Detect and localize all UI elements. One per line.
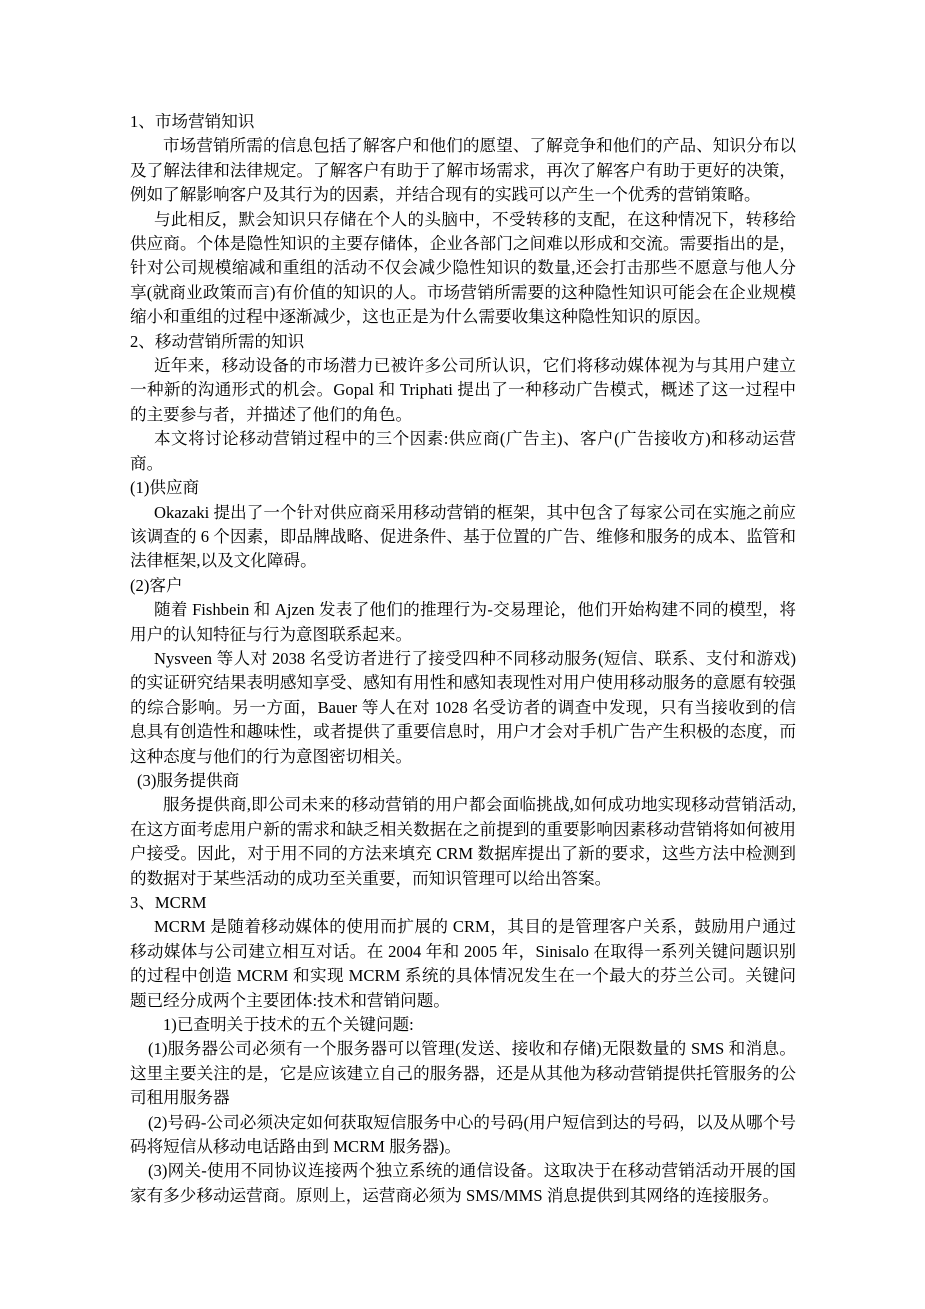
subsection-label: (3)服务提供商 (130, 769, 796, 793)
section-heading: 3、MCRM (130, 891, 796, 915)
body-paragraph: 服务提供商,即公司未来的移动营销的用户都会面临挑战,如何成功地实现移动营销活动,… (130, 793, 796, 891)
body-paragraph: 市场营销所需的信息包括了解客户和他们的愿望、了解竞争和他们的产品、知识分布以及了… (130, 134, 796, 207)
subsection-label: (1)供应商 (130, 476, 796, 500)
body-paragraph: (2)号码-公司必须决定如何获取短信服务中心的号码(用户短信到达的号码，以及从哪… (130, 1111, 796, 1160)
body-paragraph: 随着 Fishbein 和 Ajzen 发表了他们的推理行为-交易理论，他们开始… (130, 598, 796, 647)
body-paragraph: (1)服务器公司必须有一个服务器可以管理(发送、接收和存储)无限数量的 SMS … (130, 1037, 796, 1110)
body-paragraph: 近年来，移动设备的市场潜力已被许多公司所认识，它们将移动媒体视为与其用户建立一种… (130, 354, 796, 427)
body-paragraph: MCRM 是随着移动媒体的使用而扩展的 CRM，其目的是管理客户关系，鼓励用户通… (130, 915, 796, 1013)
body-paragraph: 与此相反，默会知识只存储在个人的头脑中，不受转移的支配，在这种情况下，转移给供应… (130, 208, 796, 330)
body-paragraph: 1)已查明关于技术的五个关键问题: (130, 1013, 796, 1037)
section-heading: 2、移动营销所需的知识 (130, 330, 796, 354)
subsection-label: (2)客户 (130, 574, 796, 598)
document-text-block: 1、市场营销知识 市场营销所需的信息包括了解客户和他们的愿望、了解竞争和他们的产… (130, 110, 796, 1208)
body-paragraph: 本文将讨论移动营销过程中的三个因素:供应商(广告主)、客户(广告接收方)和移动运… (130, 427, 796, 476)
body-paragraph: (3)网关-使用不同协议连接两个独立系统的通信设备。这取决于在移动营销活动开展的… (130, 1159, 796, 1208)
body-paragraph: Okazaki 提出了一个针对供应商采用移动营销的框架，其中包含了每家公司在实施… (130, 501, 796, 574)
document-page: 1、市场营销知识 市场营销所需的信息包括了解客户和他们的愿望、了解竞争和他们的产… (0, 0, 925, 1309)
section-heading: 1、市场营销知识 (130, 110, 796, 134)
body-paragraph: Nysveen 等人对 2038 名受访者进行了接受四种不同移动服务(短信、联系… (130, 647, 796, 769)
